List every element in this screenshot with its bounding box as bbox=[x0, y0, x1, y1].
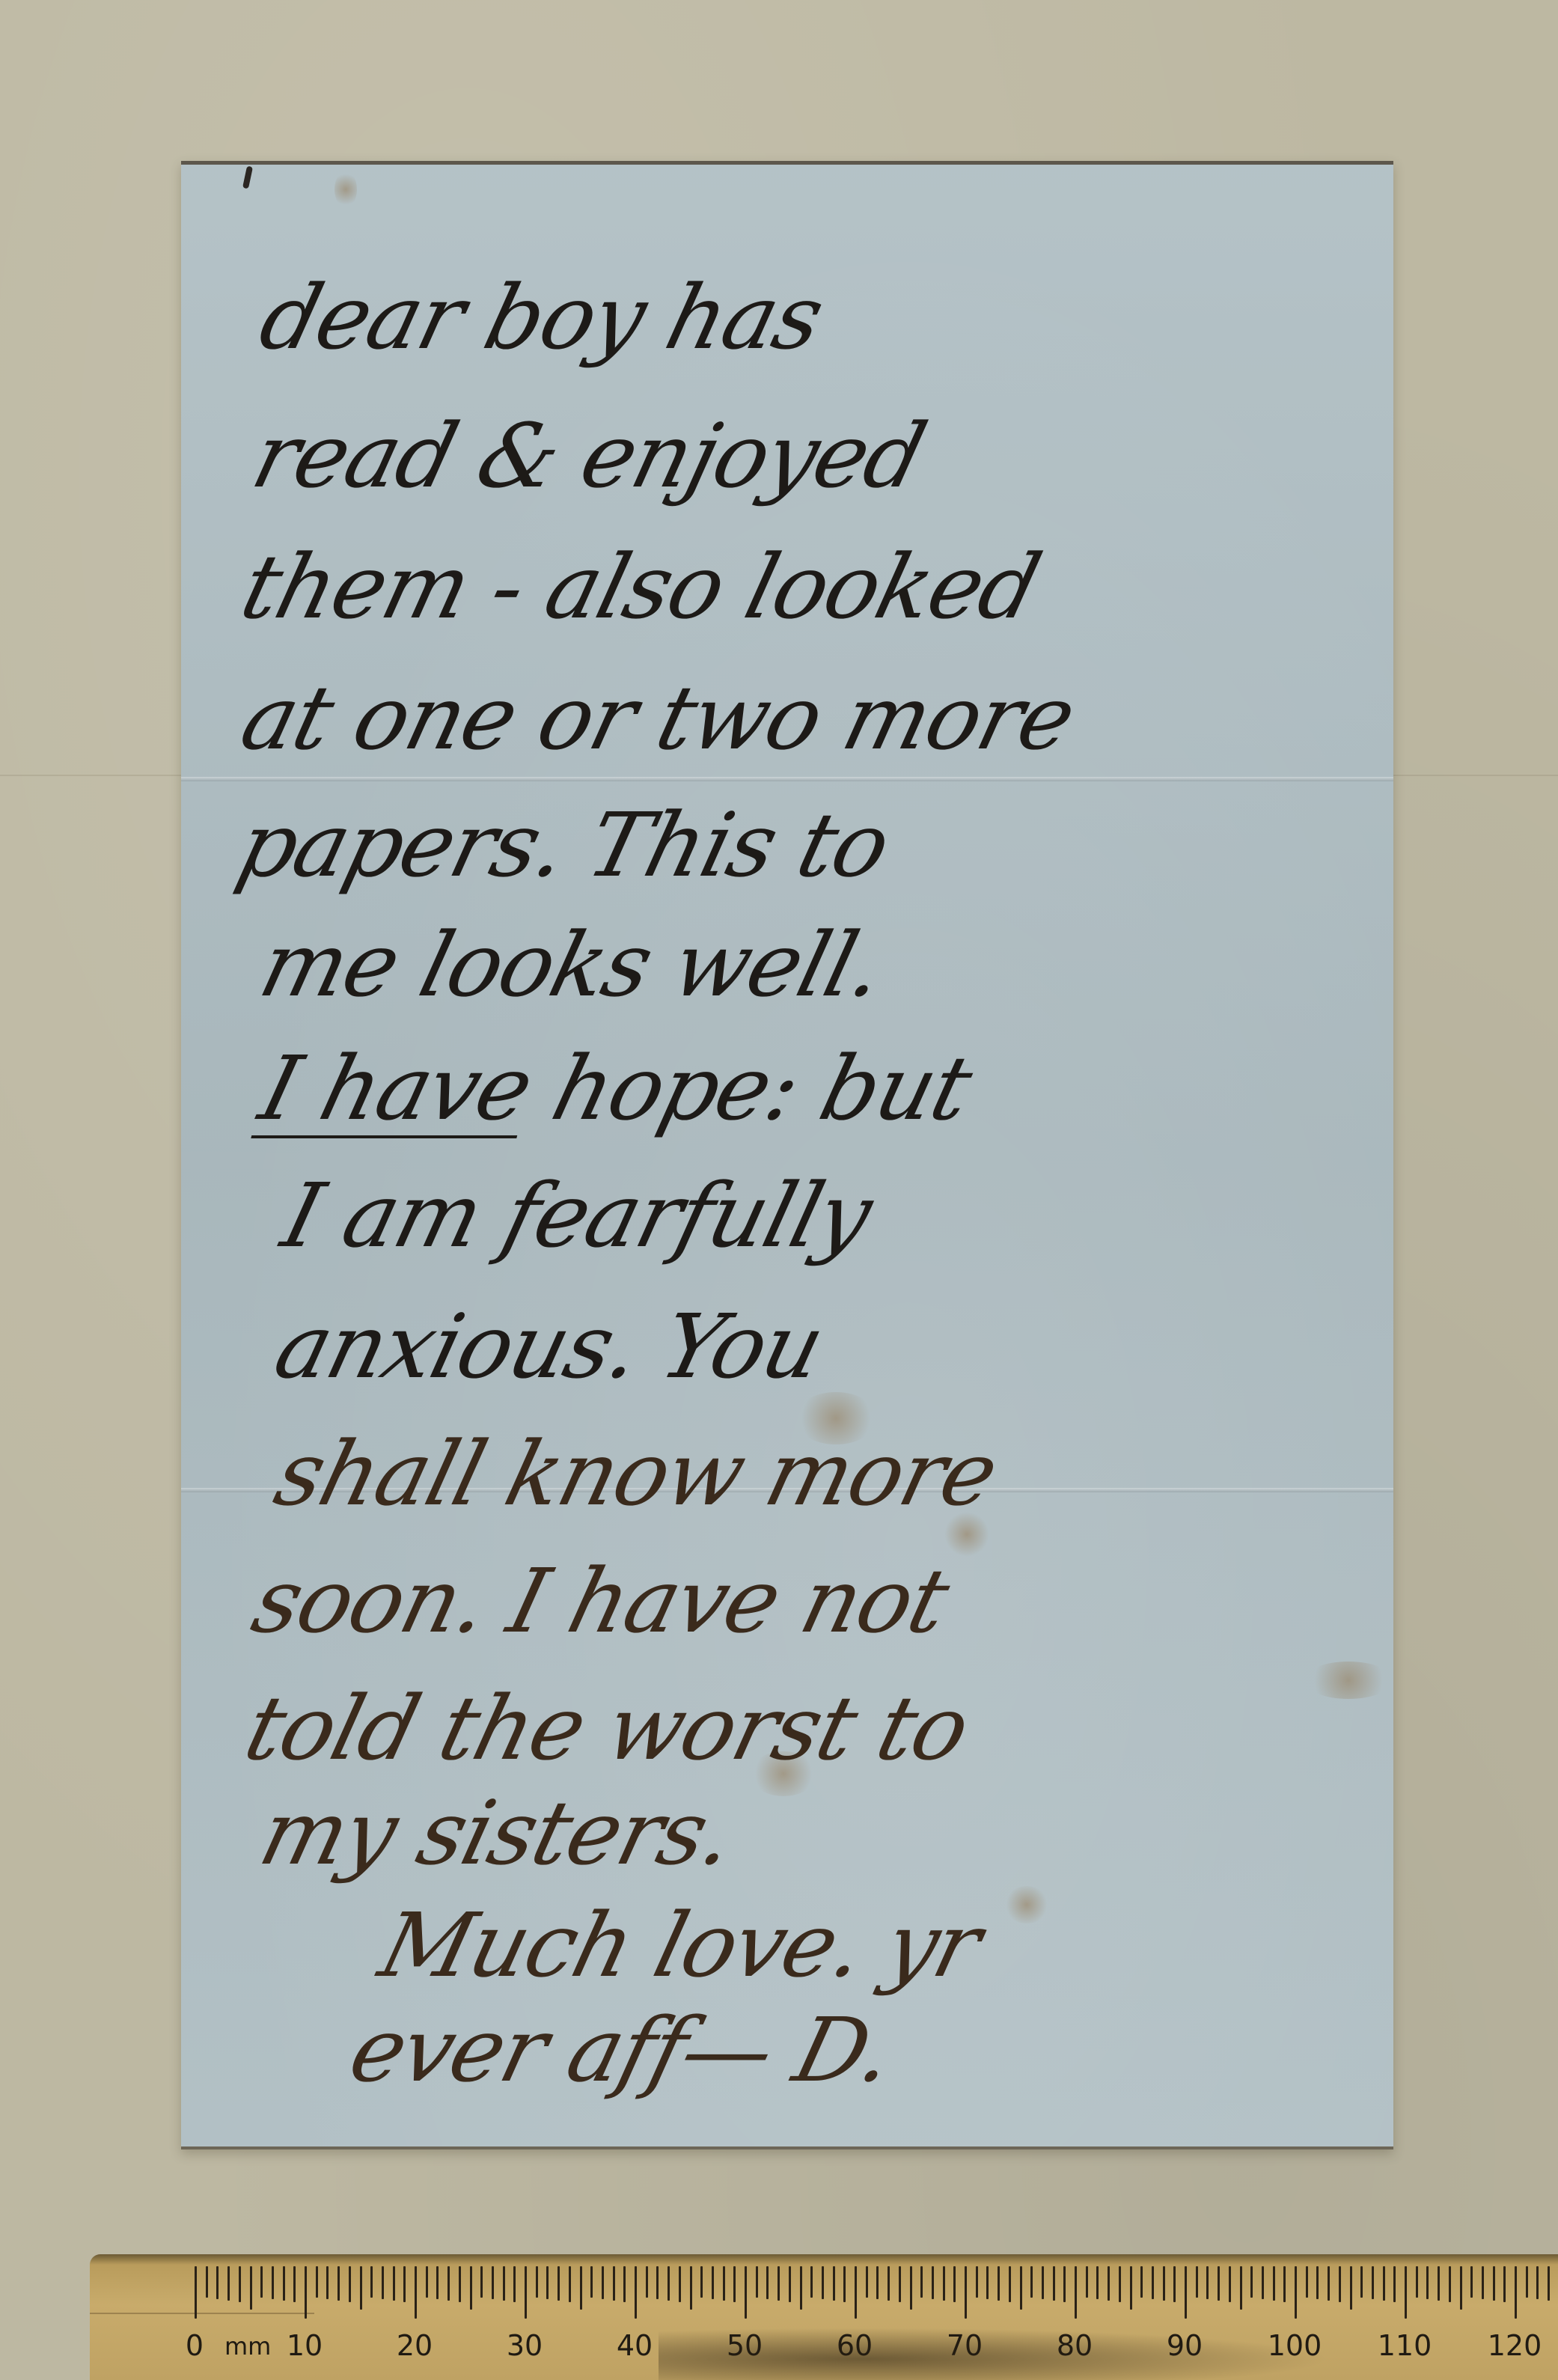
ruler-tick bbox=[910, 2266, 912, 2310]
ruler-tick bbox=[646, 2266, 648, 2298]
ruler-tick bbox=[1119, 2266, 1121, 2302]
ruler-tick bbox=[1350, 2266, 1352, 2310]
ruler-tick bbox=[1020, 2266, 1022, 2310]
ruler-tick bbox=[590, 2266, 593, 2298]
ruler-tick bbox=[1295, 2266, 1297, 2319]
ruler-label: 30 bbox=[507, 2329, 543, 2362]
ruler-tick bbox=[976, 2266, 978, 2298]
letter-line: soon. I have not bbox=[245, 1557, 956, 1645]
ruler-tick bbox=[1460, 2266, 1462, 2310]
ruler-tick bbox=[250, 2266, 252, 2310]
ruler-tick bbox=[1393, 2266, 1396, 2302]
ruler-tick bbox=[789, 2266, 791, 2302]
ruler-tick bbox=[370, 2266, 373, 2298]
letter-page: dear boy has read & enjoyed them - also … bbox=[181, 161, 1393, 2149]
ruler-tick bbox=[525, 2266, 527, 2319]
ruler-tick bbox=[1206, 2266, 1209, 2299]
ruler-tick bbox=[1416, 2266, 1418, 2298]
ruler-tick bbox=[1185, 2266, 1187, 2319]
ruler-tick bbox=[272, 2266, 274, 2299]
ruler-tick bbox=[998, 2266, 1000, 2301]
ruler-wood-grain bbox=[90, 2313, 314, 2314]
ruler-tick bbox=[480, 2266, 483, 2298]
ruler-tick bbox=[1548, 2266, 1550, 2301]
ruler-tick bbox=[492, 2266, 494, 2299]
handwritten-text: dear boy has read & enjoyed them - also … bbox=[181, 165, 1393, 2149]
ruler-tick bbox=[800, 2266, 802, 2310]
ruler-tick bbox=[1086, 2266, 1088, 2298]
ruler-tick bbox=[316, 2266, 318, 2298]
ruler-tick bbox=[1042, 2266, 1044, 2299]
ruler-tick bbox=[239, 2266, 241, 2302]
ruler-tick bbox=[382, 2266, 384, 2299]
letter-line: shall know more bbox=[267, 1429, 1005, 1518]
ruler-tick bbox=[403, 2266, 406, 2302]
ruler-tick bbox=[1250, 2266, 1253, 2298]
ruler-tick bbox=[1053, 2266, 1055, 2301]
ruler-tick bbox=[470, 2266, 472, 2310]
ruler-tick bbox=[536, 2266, 538, 2298]
ruler-tick bbox=[283, 2266, 285, 2301]
ruler-tick bbox=[1306, 2266, 1308, 2298]
letter-line: my sisters. bbox=[252, 1789, 742, 1877]
letter-line: Much love. yr bbox=[372, 1901, 988, 1989]
ruler-tick bbox=[1493, 2266, 1495, 2301]
ruler-tick bbox=[1130, 2266, 1132, 2310]
ruler-tick bbox=[349, 2266, 351, 2302]
ruler-tick bbox=[866, 2266, 868, 2298]
ruler-tick bbox=[712, 2266, 714, 2299]
ruler-tick bbox=[415, 2266, 417, 2319]
ruler-tick bbox=[668, 2266, 670, 2301]
ruler-tick bbox=[1438, 2266, 1440, 2301]
letter-line: dear boy has bbox=[252, 273, 831, 361]
ruler-tick bbox=[1096, 2266, 1099, 2299]
ruler-tick bbox=[1075, 2266, 1077, 2319]
ruler-label: 120 bbox=[1488, 2329, 1542, 2362]
ruler-tick bbox=[778, 2266, 780, 2301]
ruler-tick bbox=[293, 2266, 296, 2302]
ruler-tick bbox=[580, 2266, 582, 2310]
ruler-tick bbox=[503, 2266, 505, 2301]
ruler-tick bbox=[1240, 2266, 1242, 2310]
ruler-tick bbox=[888, 2266, 890, 2301]
ruler-tick bbox=[1449, 2266, 1451, 2302]
ruler-shadow bbox=[659, 2328, 1332, 2380]
ruler-tick bbox=[986, 2266, 989, 2299]
letter-line: anxious. You bbox=[267, 1302, 831, 1391]
ruler-tick bbox=[1372, 2266, 1374, 2299]
letter-line: papers. This to bbox=[230, 801, 897, 889]
ruler-tick bbox=[195, 2266, 197, 2319]
ruler-tick bbox=[1316, 2266, 1319, 2299]
ruler-tick bbox=[1470, 2266, 1473, 2298]
ruler-tick bbox=[360, 2266, 362, 2310]
ruler-tick bbox=[602, 2266, 604, 2299]
ruler-label: 10 bbox=[287, 2329, 323, 2362]
ruler-tick bbox=[227, 2266, 230, 2301]
ruler-tick bbox=[426, 2266, 428, 2298]
ruler-tick bbox=[1009, 2266, 1011, 2302]
ruler-tick bbox=[393, 2266, 395, 2301]
ruler-unit-label: mm bbox=[224, 2332, 271, 2361]
ruler-tick bbox=[920, 2266, 923, 2298]
ruler-tick bbox=[876, 2266, 879, 2299]
letter-line-underlined: I have hope: but bbox=[252, 1044, 979, 1132]
ruler-tick bbox=[635, 2266, 637, 2319]
ruler-tick bbox=[855, 2266, 857, 2319]
ruler-tick bbox=[733, 2266, 736, 2302]
letter-line: them - also looked bbox=[233, 543, 1047, 631]
ruler-tick bbox=[1328, 2266, 1330, 2301]
ruler-tick bbox=[1383, 2266, 1385, 2301]
ruler-tick bbox=[326, 2266, 329, 2299]
ruler-tick bbox=[1273, 2266, 1275, 2301]
ruler-tick bbox=[1339, 2266, 1341, 2302]
ruler-tick bbox=[1163, 2266, 1165, 2301]
ruler-tick bbox=[206, 2266, 208, 2298]
ruler-tick bbox=[216, 2266, 219, 2299]
ruler-tick bbox=[822, 2266, 824, 2299]
ruler-tick bbox=[447, 2266, 450, 2301]
ruler-tick bbox=[569, 2266, 571, 2302]
ruler-tick bbox=[1526, 2266, 1528, 2298]
ruler-tick bbox=[700, 2266, 703, 2298]
ruler-tick bbox=[1152, 2266, 1154, 2299]
ruler-zero-label: 0 bbox=[186, 2329, 204, 2362]
ruler-tick bbox=[1063, 2266, 1066, 2302]
ruler-tick bbox=[756, 2266, 758, 2298]
ruler-tick bbox=[1173, 2266, 1176, 2302]
ruler-tick bbox=[1262, 2266, 1264, 2299]
ruler-tick bbox=[1283, 2266, 1286, 2302]
ruler-tick bbox=[546, 2266, 549, 2299]
ruler-tick bbox=[965, 2266, 967, 2319]
letter-line: read & enjoyed bbox=[245, 412, 932, 500]
ruler-tick bbox=[1426, 2266, 1429, 2299]
ruler-tick bbox=[337, 2266, 340, 2301]
ruler-tick bbox=[1503, 2266, 1506, 2302]
ruler-tick bbox=[436, 2266, 439, 2299]
ruler-tick bbox=[1536, 2266, 1539, 2299]
ruler-tick bbox=[833, 2266, 835, 2301]
ruler-tick bbox=[1360, 2266, 1363, 2298]
letter-signature: ever aff— D. bbox=[342, 2006, 901, 2094]
ruler-tick bbox=[623, 2266, 626, 2302]
ruler-tick bbox=[305, 2266, 307, 2319]
ruler-tick bbox=[1229, 2266, 1231, 2302]
ruler-tick bbox=[1405, 2266, 1407, 2319]
ruler-tick bbox=[690, 2266, 692, 2310]
ruler-tick bbox=[459, 2266, 461, 2302]
ruler-tick bbox=[679, 2266, 681, 2302]
ruler-tick bbox=[613, 2266, 615, 2301]
ruler-tick bbox=[899, 2266, 901, 2302]
letter-line: I am fearfully bbox=[275, 1171, 879, 1260]
underlined-text: I have bbox=[251, 1037, 542, 1140]
ruler-tick bbox=[745, 2266, 747, 2319]
ruler-tick bbox=[1515, 2266, 1517, 2319]
letter-line: me looks well. bbox=[252, 921, 891, 1009]
ruler-label: 110 bbox=[1378, 2329, 1432, 2362]
ruler-tick bbox=[766, 2266, 769, 2299]
ruler-tick bbox=[843, 2266, 846, 2302]
ruler-tick bbox=[943, 2266, 945, 2301]
ruler-tick bbox=[723, 2266, 725, 2301]
ruler-tick bbox=[810, 2266, 813, 2298]
ruler-label: 40 bbox=[617, 2329, 653, 2362]
ruler-tick bbox=[513, 2266, 516, 2302]
ruler-tick bbox=[656, 2266, 659, 2299]
ruler-label: 20 bbox=[397, 2329, 433, 2362]
letter-line-rest: hope: but bbox=[516, 1037, 981, 1140]
letter-line: at one or two more bbox=[233, 674, 1082, 762]
ruler-tick bbox=[953, 2266, 956, 2302]
ruler-tick bbox=[557, 2266, 560, 2301]
letter-line: told the worst to bbox=[237, 1684, 977, 1772]
ruler-tick bbox=[260, 2266, 263, 2298]
ruler-tick bbox=[1030, 2266, 1033, 2298]
ruler-tick bbox=[1108, 2266, 1110, 2301]
ruler-tick bbox=[932, 2266, 934, 2299]
ruler-tick bbox=[1218, 2266, 1220, 2301]
ruler-tick bbox=[1196, 2266, 1198, 2298]
ruler-tick bbox=[1140, 2266, 1143, 2298]
ruler-tick bbox=[1482, 2266, 1484, 2299]
